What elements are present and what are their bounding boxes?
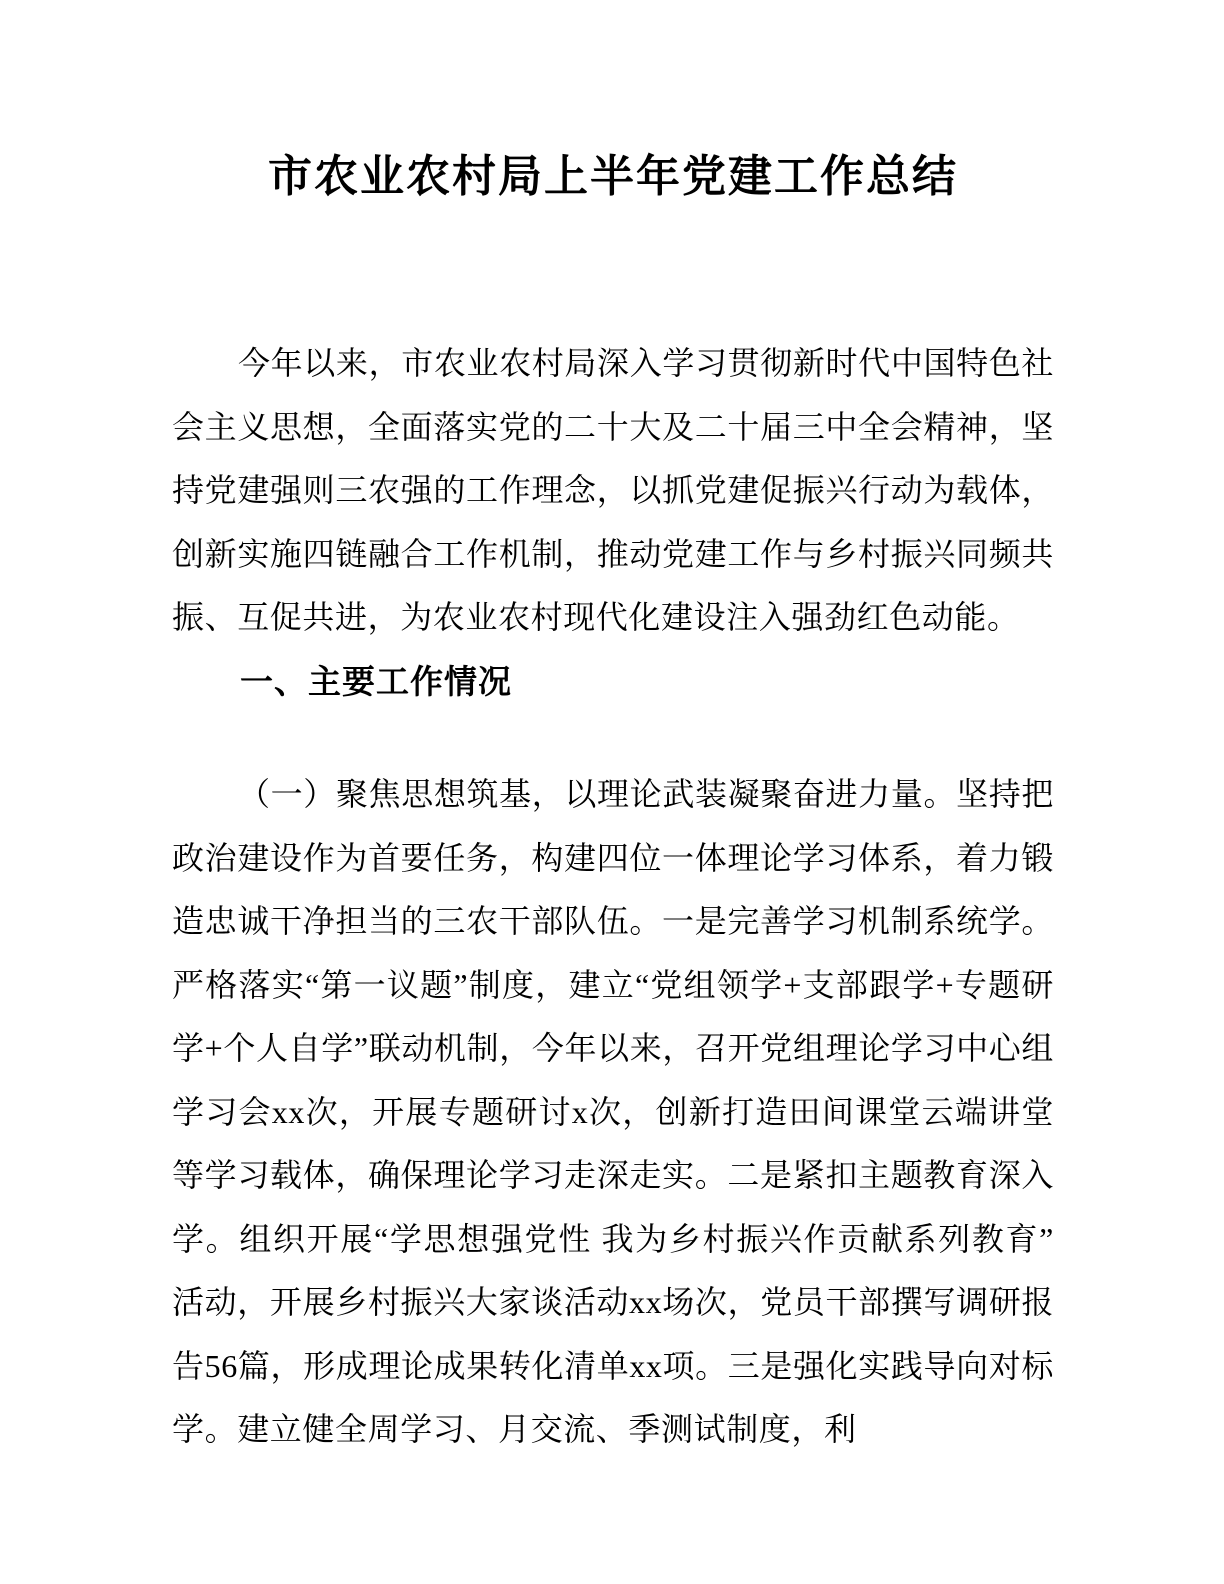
section-body-paragraph: （一）聚焦思想筑基，以理论武装凝聚奋进力量。坚持把政治建设作为首要任务，构建四位… [172,763,1054,1462]
document-page: 市农业农村局上半年党建工作总结 今年以来，市农业农村局深入学习贯彻新时代中国特色… [0,0,1224,1584]
section-heading-main-work: 一、主要工作情况 [172,650,1054,714]
intro-paragraph: 今年以来，市农业农村局深入学习贯彻新时代中国特色社会主义思想，全面落实党的二十大… [172,332,1054,650]
document-title: 市农业农村局上半年党建工作总结 [172,146,1054,208]
